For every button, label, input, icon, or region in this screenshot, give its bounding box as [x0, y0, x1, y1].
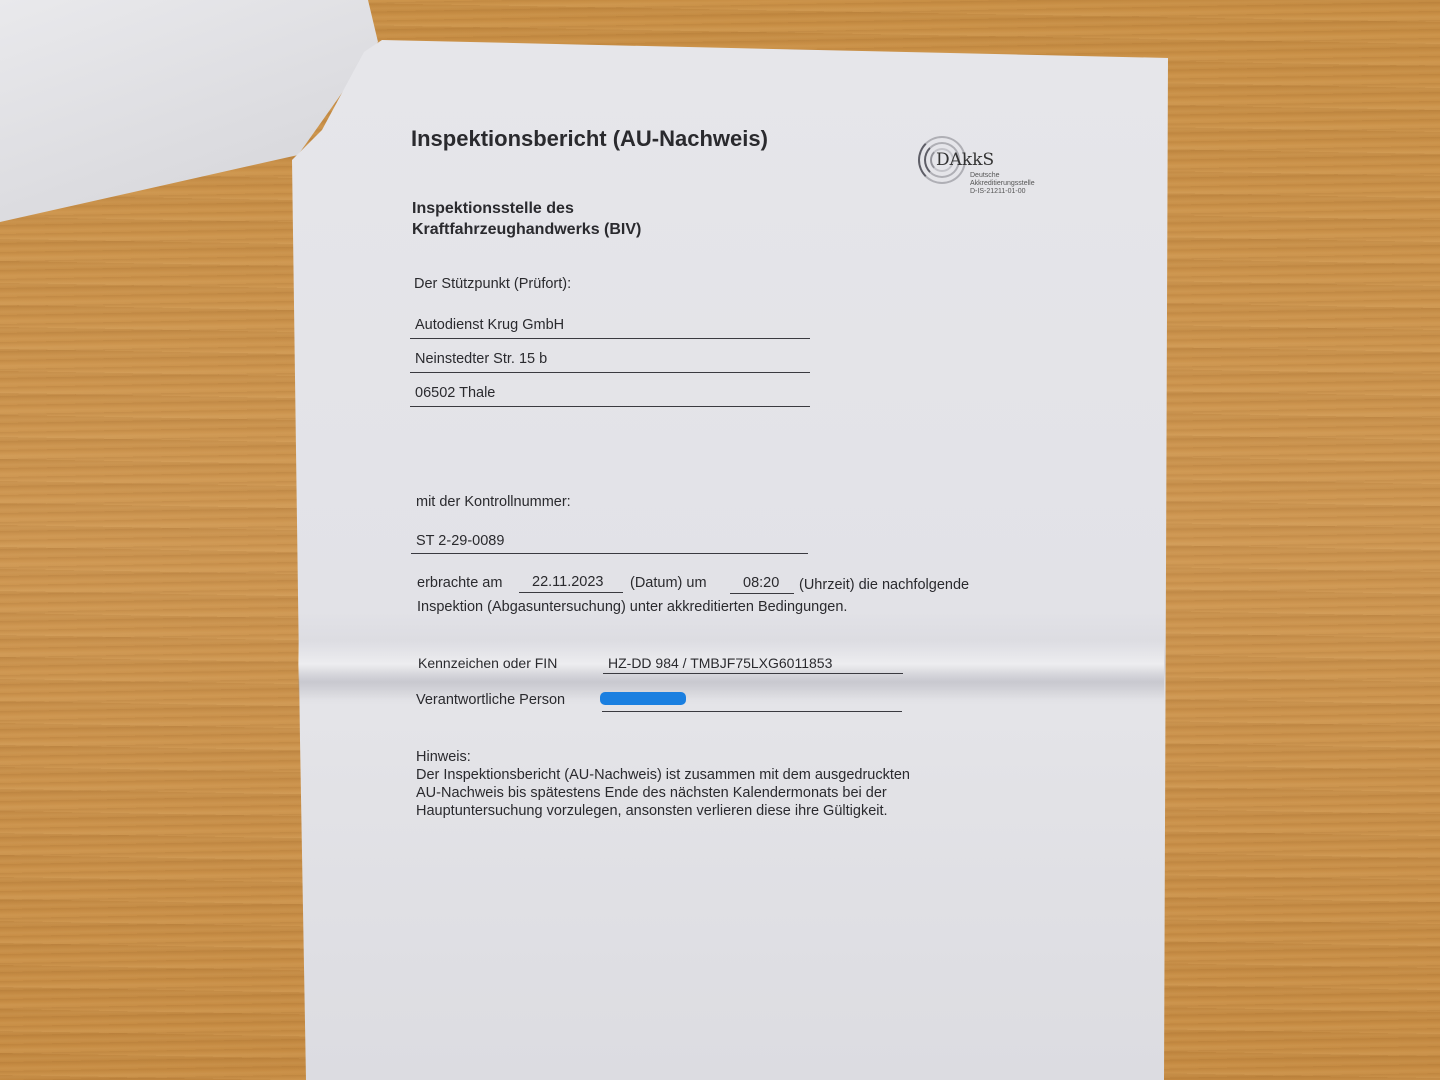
hinweis-line-1: Der Inspektionsbericht (AU-Nachweis) ist…	[416, 766, 910, 784]
sentence-part-3: (Uhrzeit) die nachfolgende	[799, 577, 969, 593]
inspection-time: 08:20	[743, 575, 779, 591]
hinweis-line-3: Hauptuntersuchung vorzulegen, ansonsten …	[416, 802, 910, 820]
underline	[519, 592, 623, 593]
document-title: Inspektionsbericht (AU-Nachweis)	[411, 126, 768, 152]
redaction-mark	[600, 692, 686, 705]
hinweis-line-2: AU-Nachweis bis spätestens Ende des näch…	[416, 784, 910, 802]
address-city: 06502 Thale	[415, 385, 495, 401]
kennzeichen-label: Kennzeichen oder FIN	[418, 655, 557, 671]
underline	[411, 553, 808, 554]
sentence-line-2: Inspektion (Abgasuntersuchung) unter akk…	[417, 599, 847, 615]
logo-name: DAkkS	[936, 150, 994, 170]
subtitle: Inspektionsstelle des Kraftfahrzeughandw…	[412, 198, 641, 240]
subtitle-line-2: Kraftfahrzeughandwerks (BIV)	[412, 219, 641, 240]
underline	[410, 406, 810, 407]
kontrollnummer-label: mit der Kontrollnummer:	[416, 494, 571, 510]
logo-line-2: Akkreditierungsstelle	[970, 180, 1035, 188]
subtitle-line-1: Inspektionsstelle des	[412, 198, 641, 219]
kennzeichen-value: HZ-DD 984 / TMBJF75LXG6011853	[608, 655, 832, 671]
inspection-date: 22.11.2023	[532, 574, 604, 590]
sentence-part-2: (Datum) um	[630, 575, 707, 591]
stuetzpunkt-label: Der Stützpunkt (Prüfort):	[414, 276, 571, 292]
hinweis-label: Hinweis:	[416, 748, 910, 766]
dakks-logo: DAkkS Deutsche Akkreditierungsstelle D-I…	[918, 134, 1058, 206]
underline	[730, 593, 794, 594]
address-street: Neinstedter Str. 15 b	[415, 351, 547, 367]
logo-subtext: Deutsche Akkreditierungsstelle D-IS-2121…	[970, 172, 1035, 196]
underline	[410, 338, 810, 339]
hinweis-block: Hinweis: Der Inspektionsbericht (AU-Nach…	[416, 748, 910, 820]
logo-line-1: Deutsche	[970, 172, 1035, 180]
sentence-part-1: erbrachte am	[417, 575, 502, 591]
underline	[602, 711, 902, 712]
kontrollnummer-value: ST 2-29-0089	[416, 533, 504, 549]
logo-line-3: D-IS-21211-01-00	[970, 188, 1035, 196]
address-company: Autodienst Krug GmbH	[415, 317, 564, 333]
person-label: Verantwortliche Person	[416, 692, 565, 708]
underline	[410, 372, 810, 373]
underline	[603, 673, 903, 674]
